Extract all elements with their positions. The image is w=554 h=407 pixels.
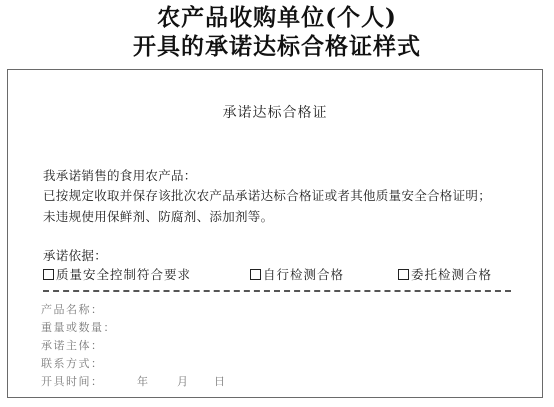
- date-month-unit: 月: [177, 373, 188, 389]
- page-heading-line-2: 开具的承诺达标合格证样式: [0, 33, 554, 61]
- checkbox-icon[interactable]: [398, 269, 409, 280]
- field-issue-date: 开具时间：: [41, 373, 104, 389]
- option-quality-control[interactable]: 质量安全控制符合要求: [43, 265, 191, 283]
- date-year-unit: 年: [137, 373, 148, 389]
- date-day-unit: 日: [214, 373, 225, 389]
- option-label: 质量安全控制符合要求: [56, 265, 191, 283]
- basis-label: 承诺依据：: [43, 246, 107, 264]
- field-weight-quantity: 重量或数量：: [41, 319, 116, 335]
- certificate-card: 承诺达标合格证 我承诺销售的食用农产品： 已按规定收取并保存该批次农产品承诺达标…: [7, 69, 543, 398]
- field-committing-party: 承诺主体：: [41, 337, 104, 353]
- field-product-name: 产品名称：: [41, 301, 104, 317]
- certificate-title: 承诺达标合格证: [8, 102, 542, 122]
- checkbox-icon[interactable]: [250, 269, 261, 280]
- statement-line-1: 我承诺销售的食用农产品：: [43, 166, 197, 184]
- option-label: 自行检测合格: [263, 265, 344, 283]
- option-self-test[interactable]: 自行检测合格: [250, 265, 344, 283]
- dashed-divider: [43, 290, 511, 292]
- statement-line-2: 已按规定收取并保存该批次农产品承诺达标合格证或者其他质量安全合格证明；: [43, 186, 491, 204]
- option-commissioned-test[interactable]: 委托检测合格: [398, 265, 492, 283]
- field-contact: 联系方式：: [41, 355, 104, 371]
- option-label: 委托检测合格: [411, 265, 492, 283]
- checkbox-icon[interactable]: [43, 269, 54, 280]
- statement-line-3: 未违规使用保鲜剂、防腐剂、添加剂等。: [43, 207, 273, 225]
- page-heading-line-1: 农产品收购单位(个人): [0, 4, 554, 32]
